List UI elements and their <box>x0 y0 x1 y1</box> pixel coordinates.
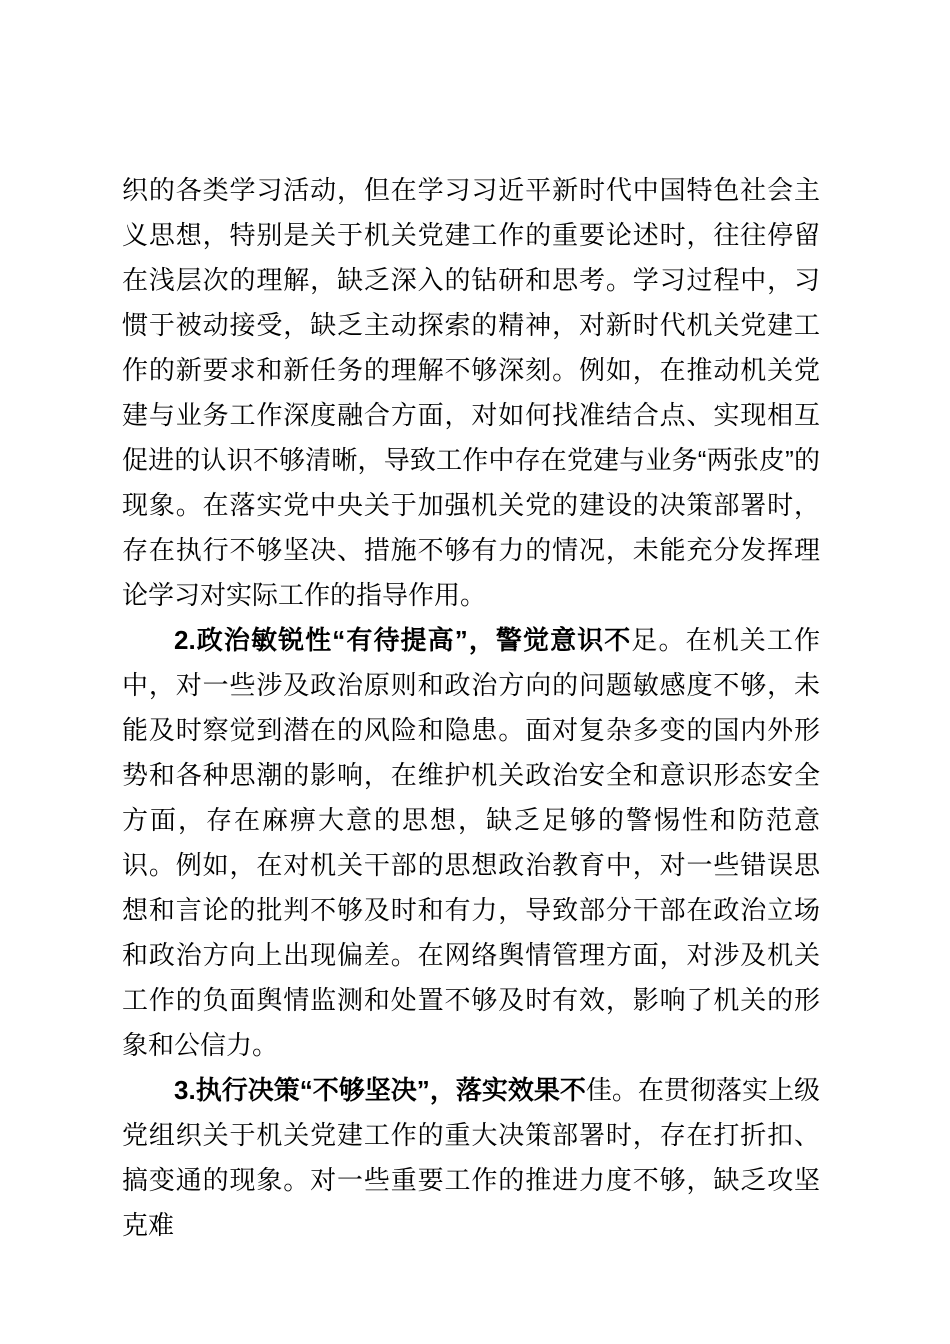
document-body: 织的各类学习活动，但在学习习近平新时代中国特色社会主义思想，特别是关于机关党建工… <box>122 168 820 1248</box>
text-run: 织的各类学习活动，但在学习习近平新时代中国特色社会主义思想，特别是关于机关党建工… <box>122 175 820 610</box>
paragraph: 织的各类学习活动，但在学习习近平新时代中国特色社会主义思想，特别是关于机关党建工… <box>122 168 820 618</box>
text-run-bold: 2.政治敏锐性“有待提高”，警觉意识不 <box>174 625 631 655</box>
text-run-bold: 3.执行决策“不够坚决”，落实效果不 <box>174 1075 586 1105</box>
paragraph: 2.政治敏锐性“有待提高”，警觉意识不足。在机关工作中，对一些涉及政治原则和政治… <box>122 618 820 1068</box>
paragraph: 3.执行决策“不够坚决”，落实效果不佳。在贯彻落实上级党组织关于机关党建工作的重… <box>122 1068 820 1248</box>
document-page: 织的各类学习活动，但在学习习近平新时代中国特色社会主义思想，特别是关于机关党建工… <box>0 0 950 1344</box>
text-run: 足。在机关工作中，对一些涉及政治原则和政治方向的问题敏感度不够，未能及时察觉到潜… <box>122 625 820 1060</box>
